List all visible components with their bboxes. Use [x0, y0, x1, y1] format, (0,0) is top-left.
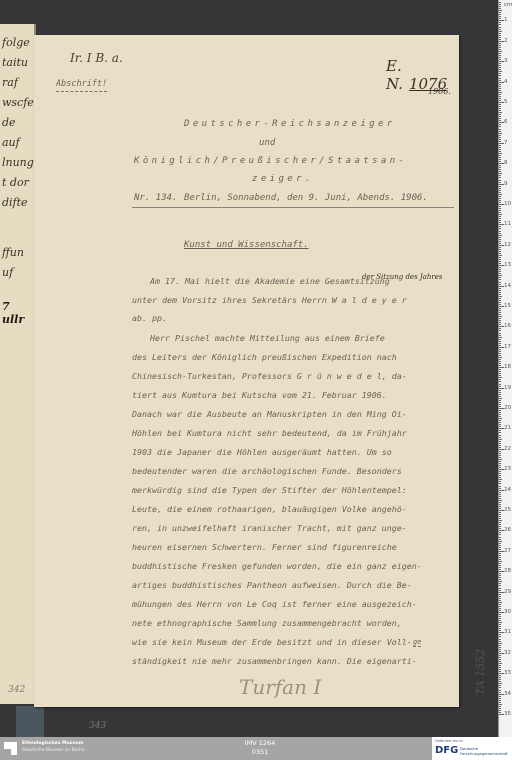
- ruler-minor-tick: [499, 324, 501, 325]
- ruler-minor-tick: [499, 594, 501, 595]
- ruler-minor-tick: [499, 528, 501, 529]
- ruler-minor-tick: [499, 412, 501, 413]
- ruler-minor-tick: [499, 63, 501, 64]
- body-line: wie sie kein Museum der Erde besitzt und…: [132, 637, 412, 647]
- ruler-minor-tick: [499, 700, 501, 701]
- ruler-minor-tick: [499, 506, 501, 507]
- image-number: 0351: [240, 748, 280, 757]
- ruler-minor-tick: [499, 69, 501, 70]
- ruler-label: 9: [504, 181, 508, 187]
- ruler-minor-tick: [499, 475, 501, 476]
- ruler-minor-tick: [499, 677, 501, 678]
- ruler-minor-tick: [499, 349, 501, 350]
- ruler-minor-tick: [499, 27, 501, 28]
- ruler-minor-tick: [499, 353, 501, 354]
- body-line: unter dem Vorsitz ihres Sekretärs Herrn …: [132, 295, 407, 305]
- ruler-minor-tick: [499, 669, 501, 670]
- ruler-minor-tick: [499, 294, 501, 295]
- ruler-minor-tick: [499, 386, 501, 387]
- body-line: Leute, die einem rothaarigen, blauäugige…: [132, 504, 407, 514]
- ruler-minor-tick: [499, 120, 501, 121]
- ruler-minor-tick: [499, 112, 502, 113]
- museum-logo-notch: [4, 749, 11, 755]
- ruler-minor-tick: [499, 314, 501, 315]
- ruler-minor-tick: [499, 649, 501, 650]
- dfg-badge: Gefördert durch DFG Deutsche Forschungsg…: [432, 737, 512, 760]
- shelfmark: IMV 1264 0351: [240, 739, 280, 757]
- ruler-minor-tick: [499, 261, 501, 262]
- ruler-label: 11: [504, 221, 511, 227]
- entry-label: E. N.: [386, 57, 403, 93]
- ruler-minor-tick: [499, 585, 501, 586]
- ruler-minor-tick: [499, 467, 501, 468]
- ruler-minor-tick: [499, 169, 501, 170]
- ruler-minor-tick: [499, 198, 501, 199]
- ruler-label: 7: [504, 140, 508, 146]
- handwriting-line: uf: [2, 266, 13, 279]
- ruler-minor-tick: [499, 257, 501, 258]
- ruler-minor-tick: [499, 463, 501, 464]
- ruler-minor-tick: [499, 626, 501, 627]
- body-line: bedeutender waren die archäologischen Fu…: [132, 466, 402, 476]
- ruler-minor-tick: [499, 520, 502, 521]
- ruler-label: 32: [504, 650, 511, 656]
- ruler-label: 24: [504, 487, 511, 493]
- ruler-label: 3: [504, 58, 508, 64]
- ruler-minor-tick: [499, 345, 501, 346]
- ruler-minor-tick: [499, 630, 501, 631]
- ruler-minor-tick: [499, 402, 501, 403]
- ruler-minor-tick: [499, 534, 501, 535]
- ruler-label: 20: [504, 405, 511, 411]
- ruler-label: 28: [504, 568, 511, 574]
- newspaper-title-line3: Königlich/Preußischer/Staatsan-: [134, 156, 407, 166]
- ruler-minor-tick: [499, 316, 502, 317]
- document-page: Ir. I B. a. Abschrift! E. N.1076 1906. D…: [34, 35, 459, 707]
- ruler-minor-tick: [499, 590, 501, 591]
- ruler-minor-tick: [499, 310, 501, 311]
- ruler-minor-tick: [499, 100, 501, 101]
- ruler-minor-tick: [499, 569, 501, 570]
- ruler-minor-tick: [499, 406, 501, 407]
- ruler-minor-tick: [499, 404, 501, 405]
- ruler-minor-tick: [499, 451, 501, 452]
- ruler-minor-tick: [499, 565, 501, 566]
- ruler-label: 35: [504, 711, 511, 717]
- ruler-minor-tick: [499, 549, 501, 550]
- ruler-minor-tick: [499, 687, 501, 688]
- handwriting-line: lnung: [2, 156, 34, 169]
- ruler-label: 1: [504, 17, 508, 23]
- ruler-minor-tick: [499, 131, 501, 132]
- ruler-minor-tick: [499, 655, 501, 656]
- body-line: mühungen des Herrn von Le Coq ist ferner…: [132, 599, 417, 609]
- funding-label: Gefördert durch: [435, 739, 463, 743]
- ruler-minor-tick: [499, 78, 501, 79]
- ruler-minor-tick: [499, 53, 501, 54]
- ruler-minor-tick: [499, 45, 501, 46]
- ruler-minor-tick: [499, 400, 501, 401]
- body-line: Danach war die Ausbeute an Manuskripten …: [132, 409, 407, 419]
- ruler-minor-tick: [499, 420, 501, 421]
- ruler-minor-tick: [499, 186, 501, 187]
- museum-subtitle: Staatliche Museen zu Berlin: [22, 748, 85, 753]
- ruler-minor-tick: [499, 500, 502, 501]
- ruler-minor-tick: [499, 29, 501, 30]
- newspaper-title-line2: und: [259, 138, 275, 148]
- handwriting-line: raf: [2, 76, 18, 89]
- ruler-minor-tick: [499, 661, 501, 662]
- ruler-minor-tick: [499, 430, 501, 431]
- ruler-minor-tick: [499, 622, 502, 623]
- ruler-minor-tick: [499, 706, 501, 707]
- ruler-minor-tick: [499, 708, 501, 709]
- body-line: 1903 die Japaner die Höhlen ausgeräumt h…: [132, 447, 392, 457]
- ruler-minor-tick: [499, 704, 502, 705]
- ruler-minor-tick: [499, 59, 501, 60]
- ruler-minor-tick: [499, 563, 501, 564]
- ruler-label: 31: [504, 629, 511, 635]
- ruler-minor-tick: [499, 298, 501, 299]
- ruler-label: 18: [504, 364, 511, 370]
- ruler-minor-tick: [499, 618, 501, 619]
- ruler-minor-tick: [499, 610, 501, 611]
- ruler-minor-tick: [499, 461, 501, 462]
- ruler-minor-tick: [499, 57, 501, 58]
- ruler-minor-tick: [499, 518, 501, 519]
- ruler-minor-tick: [499, 24, 501, 25]
- ruler-minor-tick: [499, 233, 501, 234]
- ruler-minor-tick: [499, 512, 501, 513]
- ruler-minor-tick: [499, 335, 501, 336]
- ruler-minor-tick: [499, 135, 501, 136]
- ruler-minor-tick: [499, 410, 501, 411]
- ruler-minor-tick: [499, 675, 501, 676]
- ruler-minor-tick: [499, 84, 501, 85]
- ruler-minor-tick: [499, 65, 501, 66]
- ruler-minor-tick: [499, 377, 502, 378]
- ruler-minor-tick: [499, 159, 501, 160]
- ruler-minor-tick: [499, 645, 501, 646]
- ruler-minor-tick: [499, 702, 501, 703]
- ruler-minor-tick: [499, 200, 501, 201]
- museum-name: Ethnologisches Museum: [22, 741, 83, 746]
- ruler-minor-tick: [499, 394, 501, 395]
- body-line: Höhlen bei Kumtura nicht sehr bedeutend,…: [132, 428, 407, 438]
- body-line: Am 17. Mai hielt die Akademie eine Gesam…: [150, 276, 390, 286]
- ruler-minor-tick: [499, 579, 501, 580]
- ruler-minor-tick: [499, 171, 501, 172]
- ruler-minor-tick: [499, 145, 501, 146]
- ruler-minor-tick: [499, 577, 501, 578]
- ruler-minor-tick: [499, 398, 502, 399]
- ruler-minor-tick: [499, 124, 501, 125]
- ruler-minor-tick: [499, 559, 501, 560]
- ruler-minor-tick: [499, 22, 501, 23]
- ruler-minor-tick: [499, 8, 501, 9]
- ruler-label: 34: [504, 691, 511, 697]
- ruler-minor-tick: [499, 218, 501, 219]
- ruler-minor-tick: [499, 18, 501, 19]
- ruler-minor-tick: [499, 643, 502, 644]
- ruler-minor-tick: [499, 596, 501, 597]
- ruler-minor-tick: [499, 539, 501, 540]
- ruler-minor-tick: [499, 445, 501, 446]
- cm-ruler: cm 1234567891011121314151617181920212223…: [498, 0, 512, 737]
- ruler-minor-tick: [499, 86, 501, 87]
- ruler-minor-tick: [499, 541, 502, 542]
- ruler-minor-tick: [499, 194, 502, 195]
- ruler-minor-tick: [499, 73, 501, 74]
- ruler-minor-tick: [499, 206, 501, 207]
- ruler-minor-tick: [499, 477, 501, 478]
- ruler-minor-tick: [499, 220, 501, 221]
- ruler-minor-tick: [499, 455, 501, 456]
- ruler-minor-tick: [499, 690, 501, 691]
- ruler-minor-tick: [499, 182, 501, 183]
- ruler-unit: cm: [504, 2, 512, 8]
- ruler-minor-tick: [499, 202, 501, 203]
- ruler-minor-tick: [499, 239, 501, 240]
- ruler-minor-tick: [499, 273, 501, 274]
- previous-page-number: 342: [8, 685, 25, 695]
- ruler-minor-tick: [499, 681, 501, 682]
- ruler-minor-tick: [499, 526, 501, 527]
- ruler-minor-tick: [499, 214, 502, 215]
- ruler-minor-tick: [499, 481, 501, 482]
- ruler-label: 29: [504, 589, 511, 595]
- continuation-catchword: ge: [413, 638, 421, 647]
- ruler-label: 17: [504, 344, 511, 350]
- ruler-minor-tick: [499, 502, 501, 503]
- ruler-minor-tick: [499, 392, 501, 393]
- ruler-minor-tick: [499, 212, 501, 213]
- ruler-label: 23: [504, 466, 511, 472]
- body-line: Chinesisch-Turkestan, Professors G r ü n…: [132, 371, 407, 381]
- ruler-minor-tick: [499, 328, 501, 329]
- body-line: Herr Pischel machte Mitteilung aus einem…: [150, 333, 385, 343]
- ruler-minor-tick: [499, 532, 501, 533]
- ruler-minor-tick: [499, 94, 501, 95]
- ruler-minor-tick: [499, 339, 501, 340]
- ruler-minor-tick: [499, 698, 501, 699]
- ruler-label: 14: [504, 283, 511, 289]
- ruler-minor-tick: [499, 108, 501, 109]
- ruler-minor-tick: [499, 359, 501, 360]
- ruler-minor-tick: [499, 522, 501, 523]
- ruler-minor-tick: [499, 396, 501, 397]
- ruler-minor-tick: [499, 290, 501, 291]
- ruler-minor-tick: [499, 363, 501, 364]
- ruler-minor-tick: [499, 373, 501, 374]
- ruler-minor-tick: [499, 177, 501, 178]
- ruler-minor-tick: [499, 614, 501, 615]
- ruler-minor-tick: [499, 222, 501, 223]
- ruler-minor-tick: [499, 126, 501, 127]
- ruler-minor-tick: [499, 47, 501, 48]
- ruler-minor-tick: [499, 12, 501, 13]
- ruler-minor-tick: [499, 161, 501, 162]
- ruler-minor-tick: [499, 216, 501, 217]
- ruler-minor-tick: [499, 175, 501, 176]
- ruler-minor-tick: [499, 167, 501, 168]
- ruler-minor-tick: [499, 414, 501, 415]
- ruler-minor-tick: [499, 435, 501, 436]
- ruler-minor-tick: [499, 153, 502, 154]
- ruler-minor-tick: [499, 4, 501, 5]
- ruler-minor-tick: [499, 369, 501, 370]
- handwriting-line: folge: [2, 36, 30, 49]
- ruler-minor-tick: [499, 188, 501, 189]
- ruler-minor-tick: [499, 35, 501, 36]
- ruler-minor-tick: [499, 157, 501, 158]
- handwritten-reference: Ir. I B. a.: [70, 51, 123, 65]
- handwriting-line: ffun: [2, 246, 24, 259]
- ruler-minor-tick: [499, 483, 501, 484]
- body-line: heuren eisernen Schwertern. Ferner sind …: [132, 542, 397, 552]
- ruler-minor-tick: [499, 288, 501, 289]
- ruler-minor-tick: [499, 10, 502, 11]
- ruler-minor-tick: [499, 679, 501, 680]
- ruler-minor-tick: [499, 243, 501, 244]
- ruler-minor-tick: [499, 139, 501, 140]
- ruler-minor-tick: [499, 190, 501, 191]
- ruler-minor-tick: [499, 90, 501, 91]
- ruler-minor-tick: [499, 604, 501, 605]
- ruler-minor-tick: [499, 634, 501, 635]
- ruler-minor-tick: [499, 600, 501, 601]
- body-line: tiert aus Kumtura bei Kutscha vom 21. Fe…: [132, 390, 387, 400]
- ruler-minor-tick: [499, 647, 501, 648]
- ruler-minor-tick: [499, 129, 501, 130]
- ruler-minor-tick: [499, 471, 501, 472]
- ruler-minor-tick: [499, 192, 501, 193]
- ruler-minor-tick: [499, 432, 501, 433]
- ruler-minor-tick: [499, 598, 501, 599]
- ruler-minor-tick: [499, 16, 501, 17]
- ruler-minor-tick: [499, 384, 501, 385]
- copy-label: Abschrift!: [56, 79, 107, 92]
- ruler-minor-tick: [499, 561, 502, 562]
- ruler-minor-tick: [499, 104, 501, 105]
- ruler-minor-tick: [499, 443, 501, 444]
- ruler-minor-tick: [499, 545, 501, 546]
- ruler-minor-tick: [499, 312, 501, 313]
- ruler-minor-tick: [499, 494, 501, 495]
- ruler-minor-tick: [499, 180, 501, 181]
- ruler-minor-tick: [499, 269, 501, 270]
- ruler-minor-tick: [499, 51, 502, 52]
- ruler-minor-tick: [499, 55, 501, 56]
- ruler-label: 16: [504, 323, 511, 329]
- dfg-name: Deutsche Forschungsgemeinschaft: [460, 746, 507, 756]
- ruler-minor-tick: [499, 479, 502, 480]
- body-line: artiges buddhistisches Pantheon aufweise…: [132, 580, 412, 590]
- ruler-minor-tick: [499, 343, 501, 344]
- ruler-minor-tick: [499, 341, 501, 342]
- ruler-minor-tick: [499, 418, 502, 419]
- ruler-label: 33: [504, 670, 511, 676]
- entry-year: 1906.: [428, 87, 451, 96]
- ruler-minor-tick: [499, 302, 501, 303]
- ruler-minor-tick: [499, 33, 501, 34]
- ruler-minor-tick: [499, 255, 502, 256]
- issue-number: Nr. 134.: [134, 193, 177, 203]
- ruler-minor-tick: [499, 133, 502, 134]
- ruler-minor-tick: [499, 696, 501, 697]
- ruler-label: 8: [504, 160, 508, 166]
- body-line: merkwürdig sind die Typen der Stifter de…: [132, 485, 407, 495]
- ruler-minor-tick: [499, 14, 501, 15]
- ruler-minor-tick: [499, 96, 501, 97]
- ruler-minor-tick: [499, 573, 501, 574]
- ruler-minor-tick: [499, 43, 501, 44]
- ruler-minor-tick: [499, 333, 501, 334]
- ruler-minor-tick: [499, 524, 501, 525]
- ruler-minor-tick: [499, 667, 501, 668]
- ruler-minor-tick: [499, 583, 501, 584]
- header-divider: [132, 207, 454, 208]
- ruler-minor-tick: [499, 231, 501, 232]
- ruler-minor-tick: [499, 110, 501, 111]
- ruler-minor-tick: [499, 300, 501, 301]
- ruler-minor-tick: [499, 657, 501, 658]
- ruler-minor-tick: [499, 106, 501, 107]
- ruler-minor-tick: [499, 351, 501, 352]
- ruler-label: 10: [504, 201, 511, 207]
- ruler-minor-tick: [499, 137, 501, 138]
- ruler-minor-tick: [499, 149, 501, 150]
- ruler-minor-tick: [499, 498, 501, 499]
- ruler-minor-tick: [499, 296, 502, 297]
- ruler-minor-tick: [499, 514, 501, 515]
- ruler-label: 12: [504, 242, 511, 248]
- ruler-minor-tick: [499, 235, 502, 236]
- handwriting-line: difte: [2, 196, 28, 209]
- ruler-minor-tick: [499, 616, 501, 617]
- ruler-minor-tick: [499, 241, 501, 242]
- ruler-minor-tick: [499, 31, 502, 32]
- ruler-minor-tick: [499, 447, 501, 448]
- ruler-minor-tick: [499, 365, 501, 366]
- ruler-minor-tick: [499, 2, 501, 3]
- ruler-minor-tick: [499, 98, 501, 99]
- ruler-label: 2: [504, 38, 508, 44]
- ruler-minor-tick: [499, 155, 501, 156]
- ruler-minor-tick: [499, 371, 501, 372]
- ruler-minor-tick: [499, 628, 501, 629]
- dfg-logo-icon: DFG: [435, 745, 458, 756]
- handwriting-line: t dor: [2, 176, 29, 189]
- ruler-minor-tick: [499, 249, 501, 250]
- ruler-minor-tick: [499, 308, 501, 309]
- handwriting-line: taitu: [2, 56, 28, 69]
- ruler-minor-tick: [499, 555, 501, 556]
- handwriting-line: wscfe: [2, 96, 34, 109]
- body-line: buddhistische Fresken gefunden worden, d…: [132, 561, 422, 571]
- ruler-minor-tick: [499, 165, 501, 166]
- ruler-minor-tick: [499, 459, 502, 460]
- handwritten-signature: Turfan I: [239, 675, 321, 699]
- ruler-minor-tick: [499, 486, 501, 487]
- ruler-minor-tick: [499, 226, 501, 227]
- body-line: ab. pp.: [132, 313, 167, 323]
- ruler-minor-tick: [499, 116, 501, 117]
- ruler-minor-tick: [499, 663, 502, 664]
- ruler-minor-tick: [499, 416, 501, 417]
- newspaper-title-line1: Deutscher-Reichsanzeiger: [184, 119, 396, 129]
- ruler-minor-tick: [499, 39, 501, 40]
